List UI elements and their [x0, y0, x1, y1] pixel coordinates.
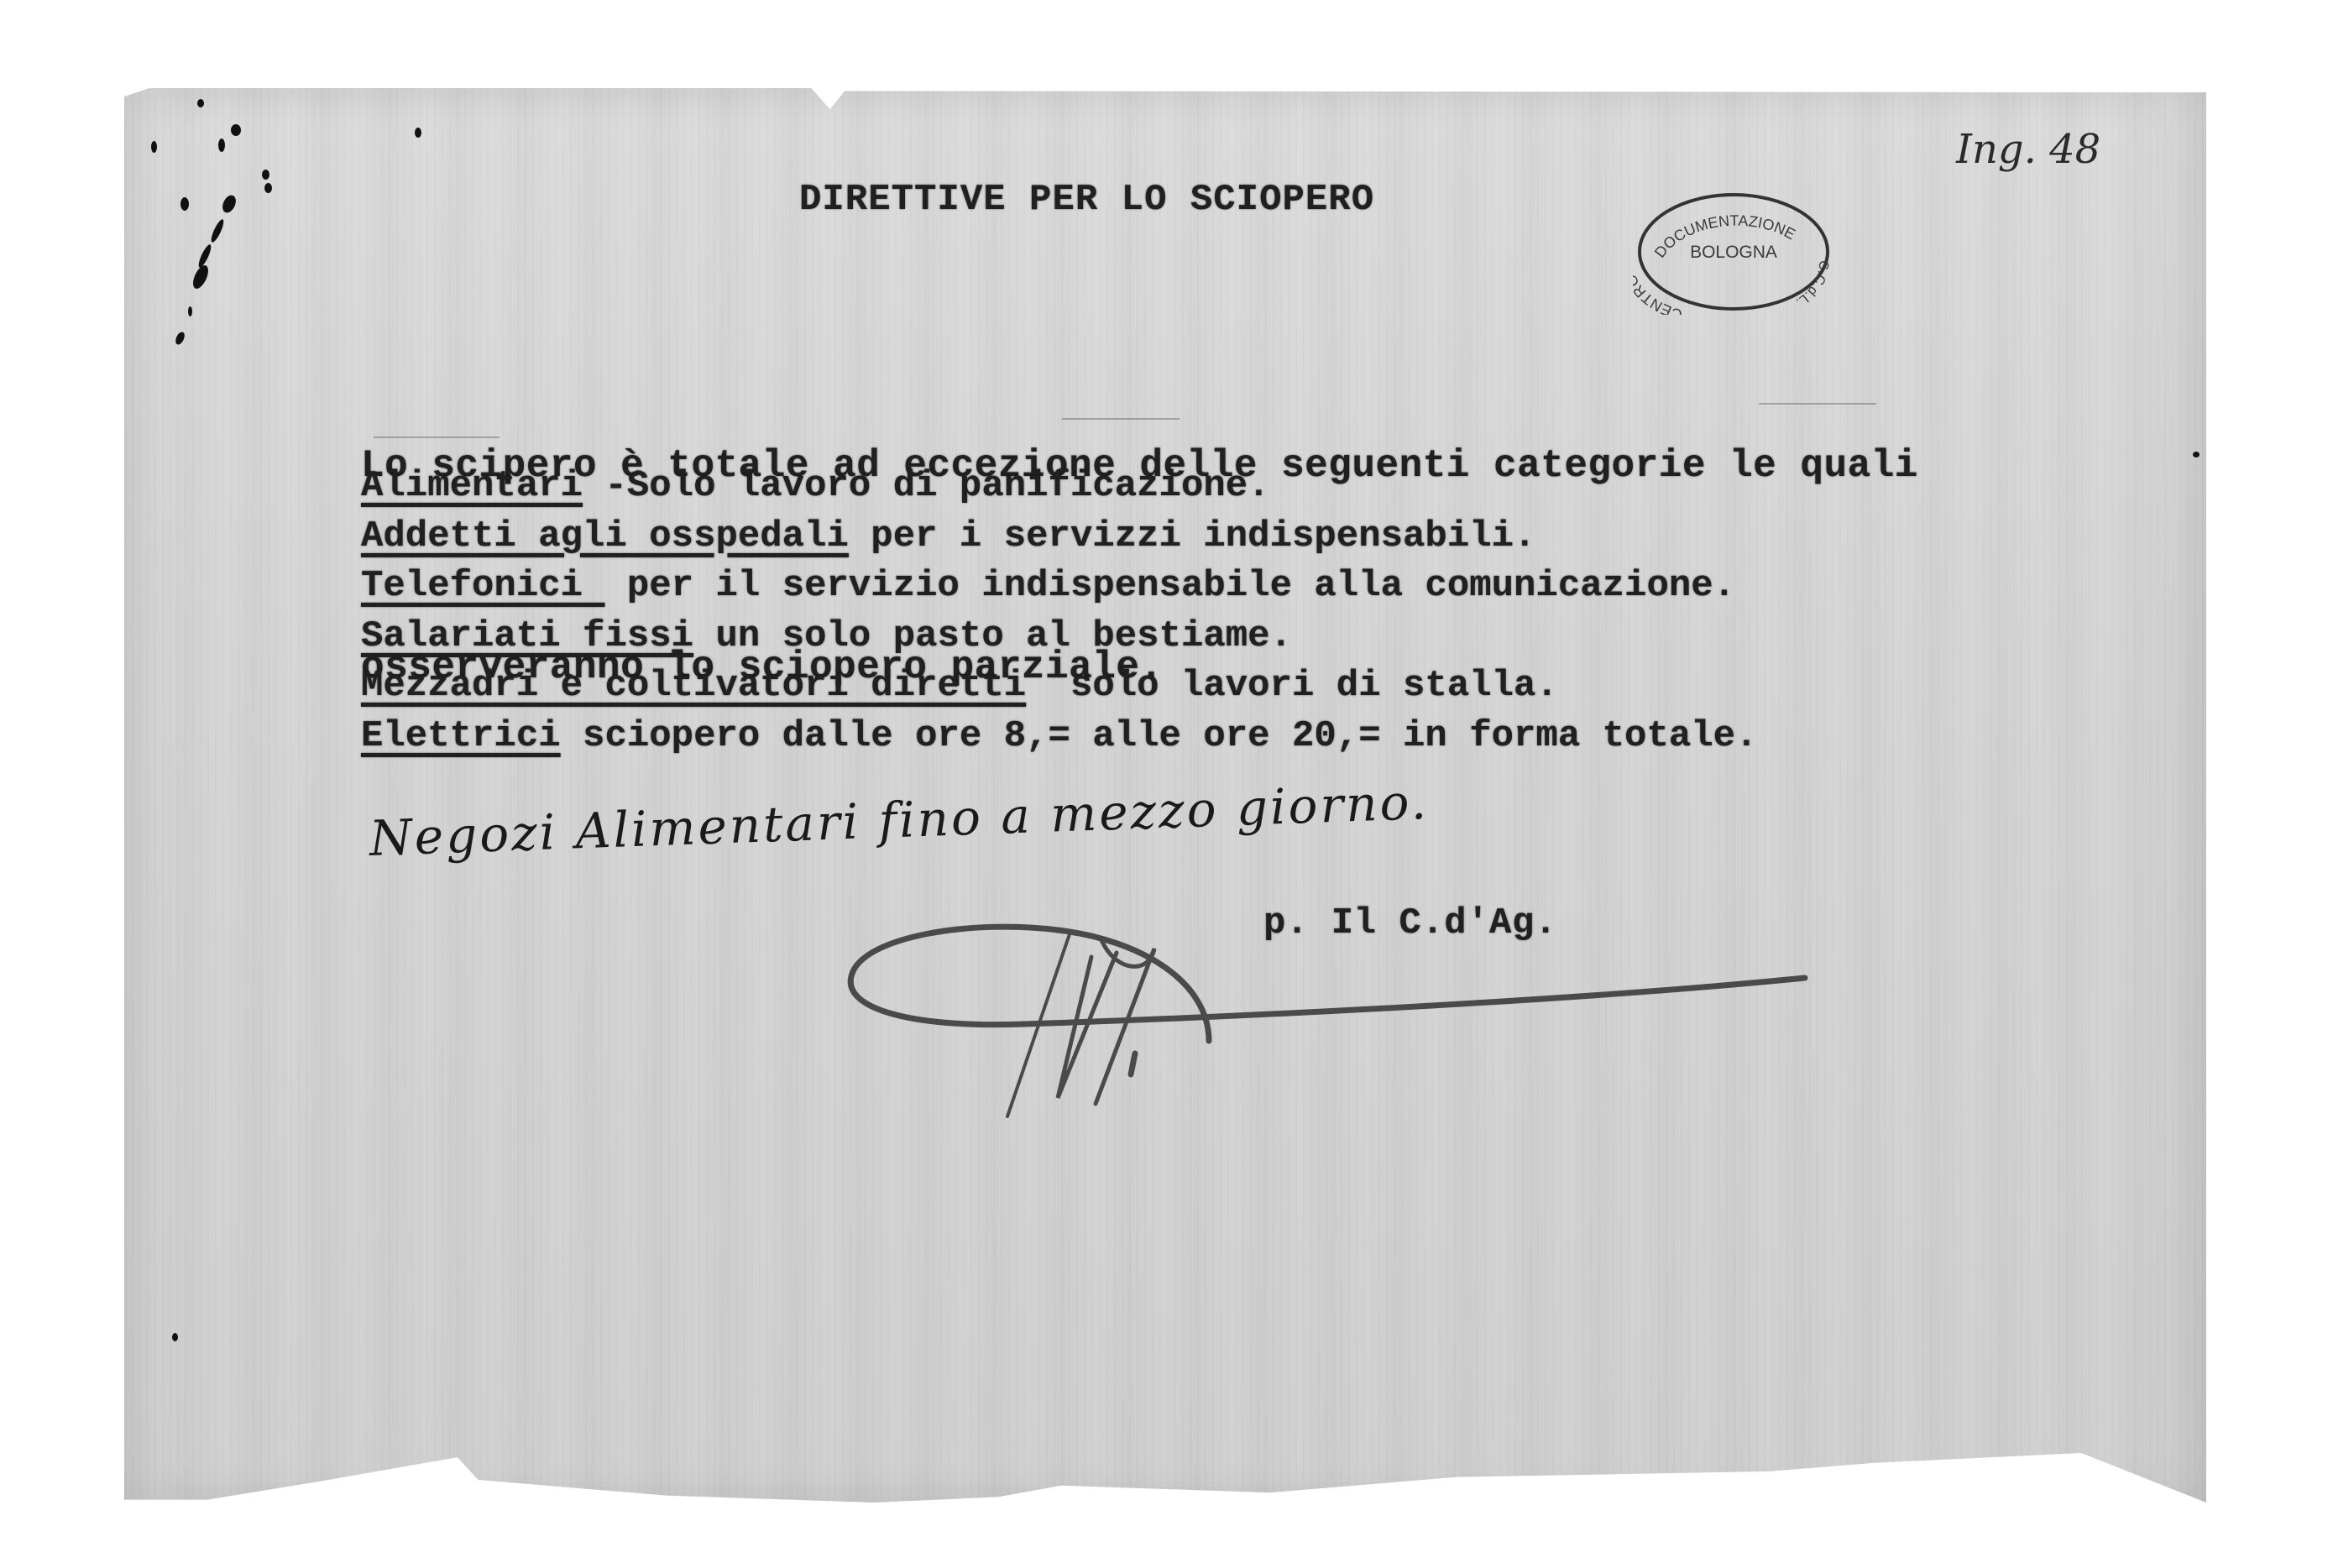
category-name: Telefonici: [361, 565, 604, 607]
category-rule: per il servizio indispensabile alla comu…: [604, 565, 1735, 607]
document-title: DIRETTIVE PER LO SCIOPERO: [799, 179, 1374, 221]
faint-mark: [1062, 418, 1180, 420]
faint-mark: [1759, 403, 1876, 405]
category-rule: un solo pasto al bestiame.: [693, 615, 1292, 657]
ink-speck: [172, 1333, 178, 1341]
category-rule: solo lavori di stalla.: [1026, 665, 1558, 707]
category-rule: -Solo lavoro di panificazione.: [583, 465, 1270, 507]
category-item: Telefonici per il servizio indispensabil…: [361, 562, 1757, 612]
category-list: Alimentari -Solo lavoro di panificazione…: [361, 462, 1757, 761]
ink-speck: [2193, 452, 2200, 457]
category-item: Alimentari -Solo lavoro di panificazione…: [361, 462, 1757, 512]
category-item: Mezzadri e coltivatori diretti solo lavo…: [361, 661, 1757, 712]
category-item: Salariati fissi un solo pasto al bestiam…: [361, 612, 1757, 662]
faint-mark: [374, 436, 500, 438]
category-name: Addetti agli osspedali: [361, 515, 849, 557]
category-rule: per i servizzi indispensabili.: [849, 515, 1536, 557]
category-name: Salariati fissi: [361, 615, 693, 657]
category-item: Elettrici sciopero dalle ore 8,= alle or…: [361, 712, 1757, 762]
category-rule: sciopero dalle ore 8,= alle ore 20,= in …: [561, 715, 1758, 757]
archive-stamp: DOCUMENTAZIONE CENTRO C.C.d.L. BOLOGNA: [1633, 189, 1834, 315]
category-name: Elettrici: [361, 715, 561, 757]
category-item: Addetti agli osspedali per i servizzi in…: [361, 512, 1757, 562]
archive-reference-note: Ing. 48: [1956, 126, 2100, 173]
stamp-center-text: BOLOGNA: [1690, 243, 1777, 262]
category-name: Mezzadri e coltivatori diretti: [361, 665, 1026, 707]
signature-scrawl: [840, 907, 1847, 1175]
category-name: Alimentari: [361, 465, 583, 507]
